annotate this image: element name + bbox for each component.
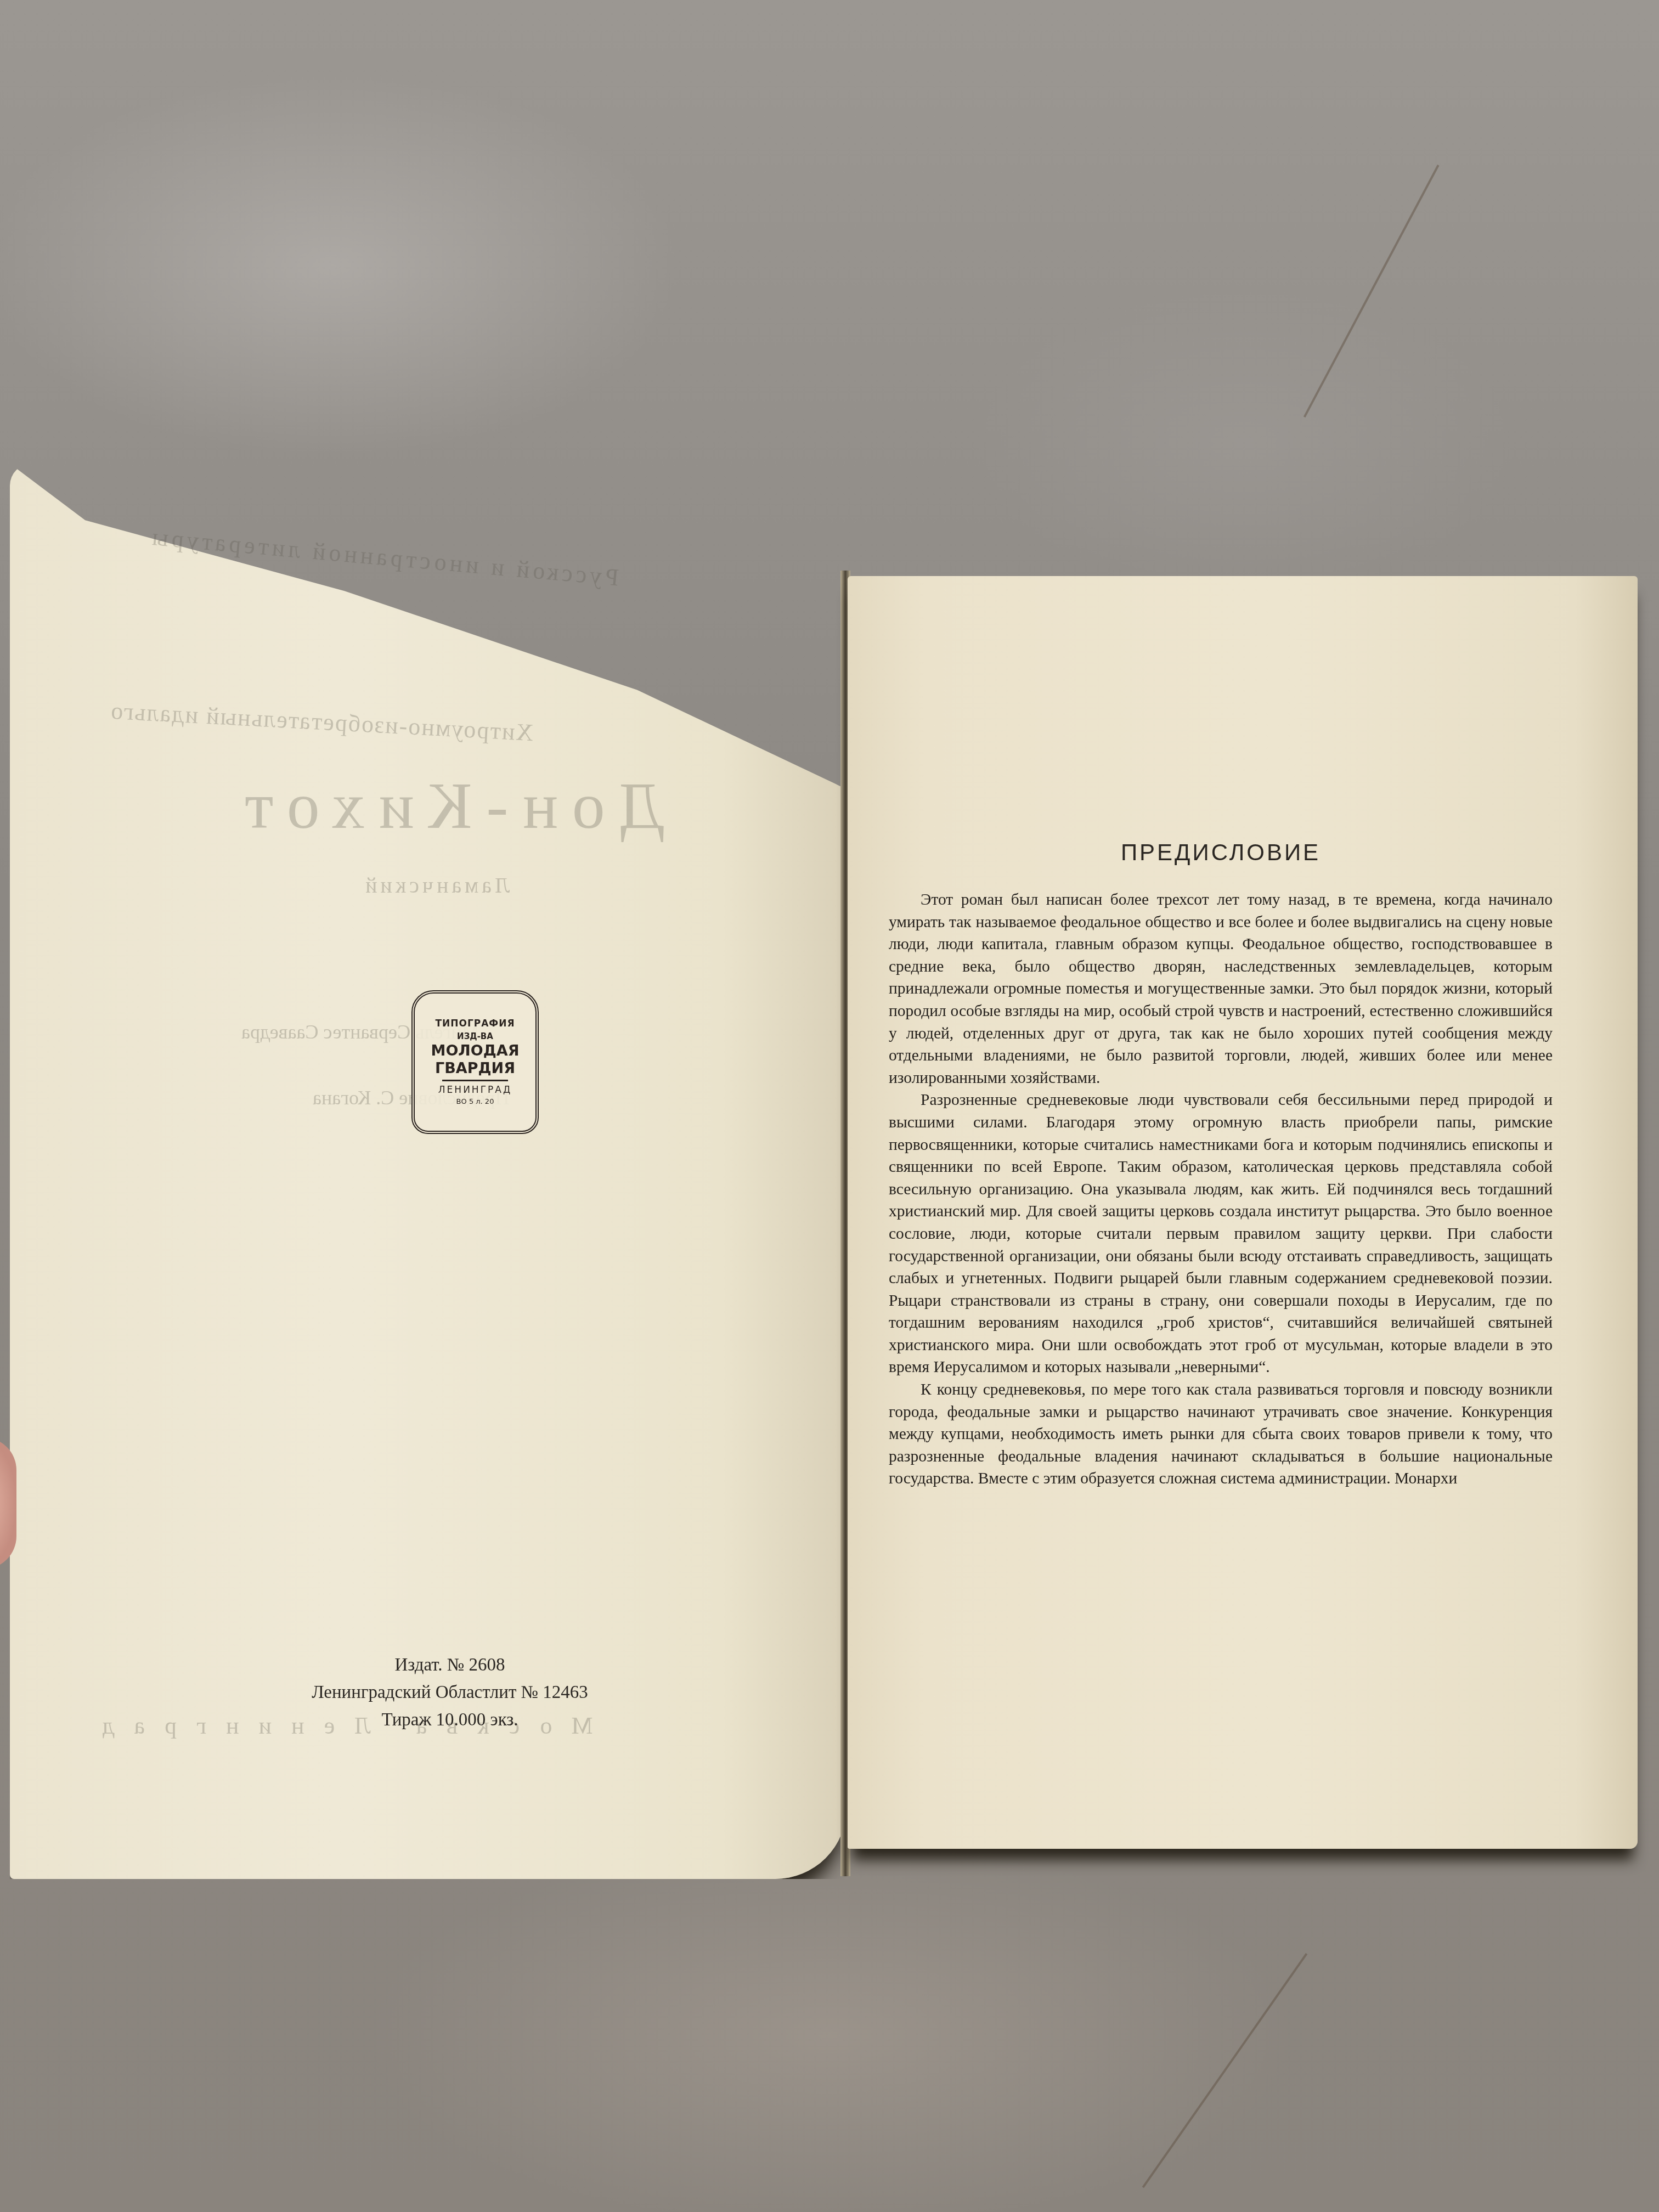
stamp-divider [442, 1080, 508, 1081]
publisher-number: Издат. № 2608 [263, 1651, 636, 1679]
preface-paragraph: Разрозненные средневековые люди чувствов… [889, 1089, 1553, 1379]
ghost-title-sub: Ламанчский [362, 872, 510, 898]
publisher-stamp: ТИПОГРАФИЯ ИЗД-ВА МОЛОДАЯ ГВАРДИЯ ЛЕНИНГ… [411, 990, 539, 1134]
preface-heading: ПРЕДИСЛОВИЕ [889, 839, 1553, 866]
ghost-title: Дон-Кихот [230, 768, 664, 844]
stamp-line: ГВАРДИЯ [435, 1061, 515, 1076]
stamp-line: ИЗД-ВА [457, 1031, 493, 1041]
preface-paragraph: К концу средневековья, по мере того как … [889, 1379, 1553, 1490]
stamp-line: ТИПОГРАФИЯ [435, 1018, 515, 1029]
censor-number: Ленинградский Областлит № 12463 [263, 1679, 636, 1706]
stamp-line: ЛЕНИНГРАД [438, 1085, 512, 1096]
print-run: Тираж 10.000 экз. [263, 1706, 636, 1734]
stamp-line: ВО 5 л. 20 [456, 1098, 494, 1106]
colophon-imprint: Издат. № 2608 Ленинградский Областлит № … [263, 1651, 636, 1734]
preface-paragraph: Этот роман был написан более трехсот лет… [889, 889, 1553, 1089]
stamp-line: МОЛОДАЯ [431, 1043, 520, 1059]
preface-article: ПРЕДИСЛОВИЕ Этот роман был написан более… [889, 839, 1553, 1490]
